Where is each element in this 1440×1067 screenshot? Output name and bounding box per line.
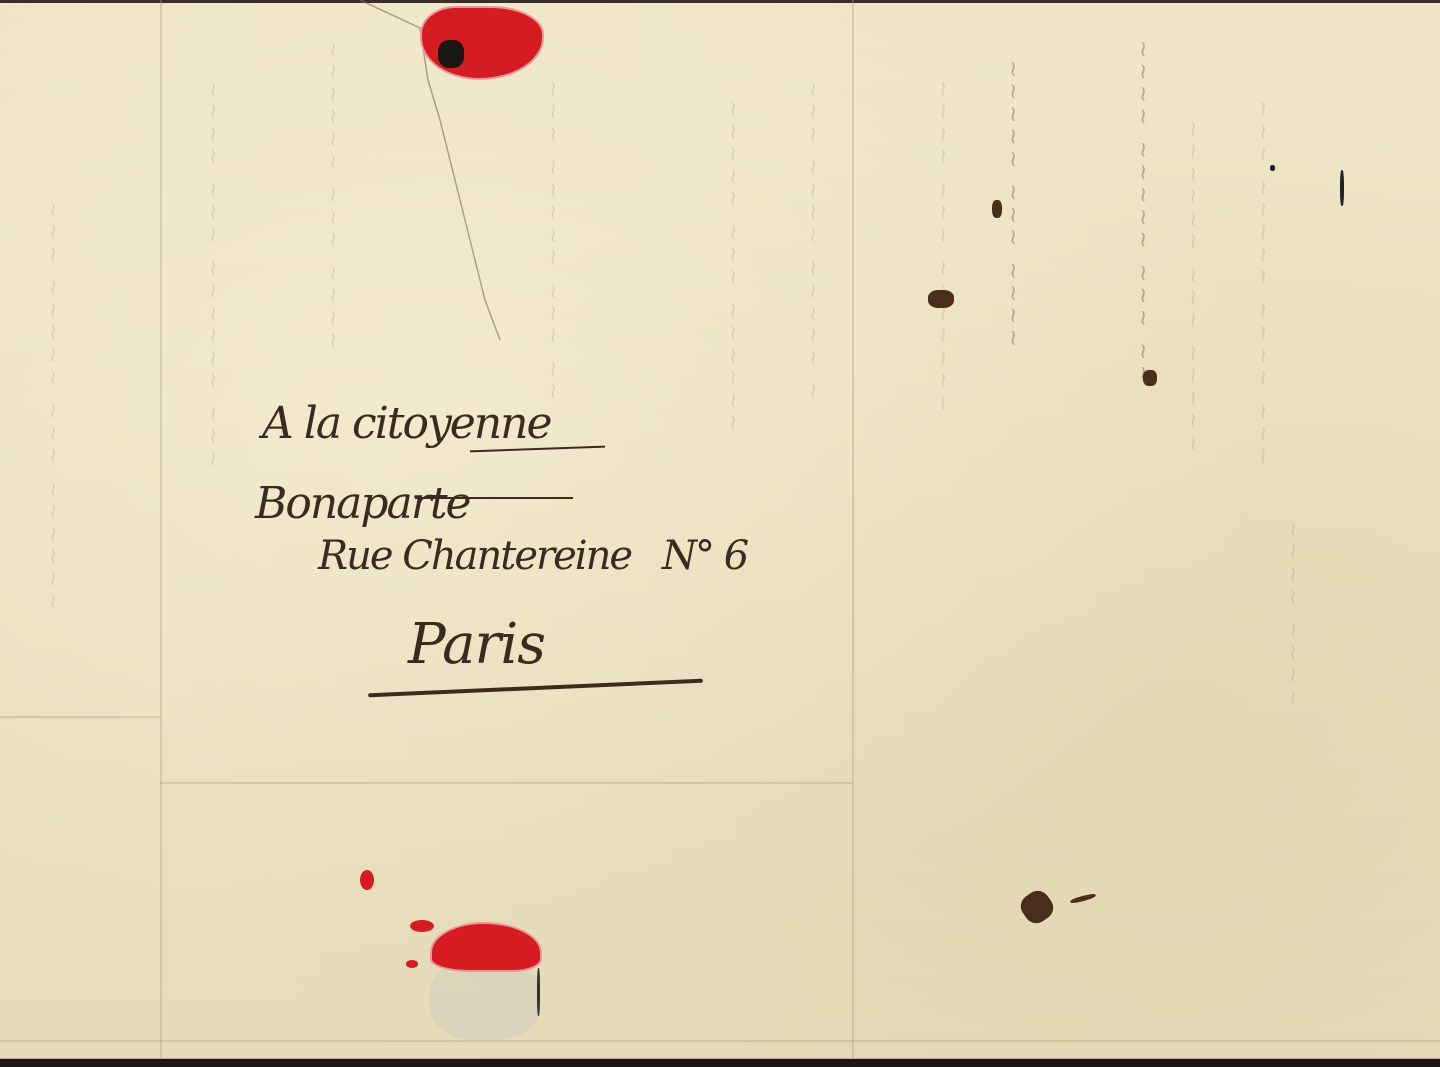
letter-paper: ~~~ ~~~~~ ~~~ ~~~~~~ ~~~~ ~~~ ~~~~~~ ~~~…: [0, 0, 1440, 1058]
ink-blot: [1143, 370, 1157, 386]
ink-mark: [537, 968, 540, 1016]
wax-drop: [360, 870, 374, 890]
bottom-edge: [0, 1058, 1440, 1067]
address-line-name: Bonaparte: [255, 478, 470, 529]
address-line-city: Paris: [408, 612, 545, 677]
address-line-number: N° 6: [662, 533, 747, 579]
address-line-salutation: A la citoyenne: [262, 398, 551, 449]
ink-blot: [928, 290, 954, 308]
seal-damage: [438, 40, 464, 68]
water-stain: [430, 960, 540, 1040]
ink-mark: [1270, 165, 1275, 171]
wax-drop: [406, 960, 418, 968]
ink-mark: [1340, 170, 1344, 206]
address-line-street: Rue Chantereine: [318, 533, 631, 579]
ink-blot: [992, 200, 1002, 218]
wax-drop: [410, 920, 434, 932]
flourish-line: [415, 497, 573, 499]
